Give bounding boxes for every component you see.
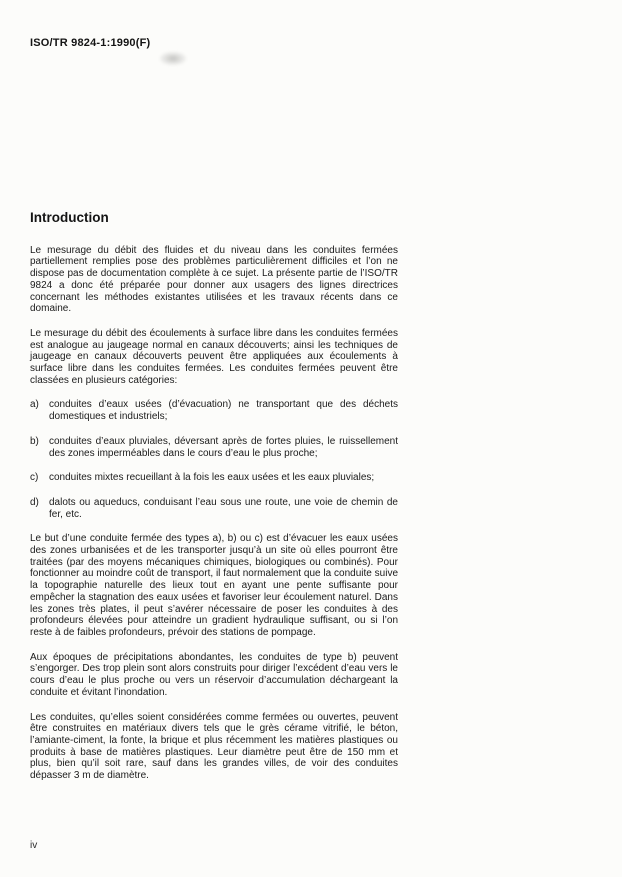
list-item-text: dalots ou aqueducs, conduisant l’eau sou…: [49, 497, 398, 520]
document-page: ISO/TR 9824-1:1990(F) Introduction Le me…: [0, 0, 622, 877]
list-item-b: b) conduites d’eaux pluviales, déversant…: [30, 436, 398, 459]
section-heading: Introduction: [30, 212, 398, 224]
intro-paragraph-5: Les conduites, qu’elles soient considéré…: [30, 712, 398, 782]
list-item-d: d) dalots ou aqueducs, conduisant l’eau …: [30, 497, 398, 520]
list-item-label: d): [30, 497, 49, 520]
list-item-label: b): [30, 436, 49, 459]
list-item-text: conduites mixtes recueillant à la fois l…: [49, 472, 398, 484]
document-reference: ISO/TR 9824-1:1990(F): [30, 37, 150, 49]
scan-artifact: [160, 52, 186, 65]
intro-paragraph-2: Le mesurage du débit des écoulements à s…: [30, 328, 398, 387]
list-item-label: c): [30, 472, 49, 484]
intro-paragraph-3: Le but d’une conduite fermée des types a…: [30, 533, 398, 638]
introduction-section: Introduction Le mesurage du débit des fl…: [30, 212, 398, 795]
list-item-c: c) conduites mixtes recueillant à la foi…: [30, 472, 398, 484]
list-item-text: conduites d’eaux usées (d’évacuation) ne…: [49, 399, 398, 422]
intro-paragraph-4: Aux époques de précipitations abondantes…: [30, 652, 398, 699]
intro-paragraph-1: Le mesurage du débit des fluides et du n…: [30, 245, 398, 315]
list-item-text: conduites d’eaux pluviales, déversant ap…: [49, 436, 398, 459]
page-number: iv: [30, 840, 37, 851]
list-item-label: a): [30, 399, 49, 422]
list-item-a: a) conduites d’eaux usées (d’évacuation)…: [30, 399, 398, 422]
